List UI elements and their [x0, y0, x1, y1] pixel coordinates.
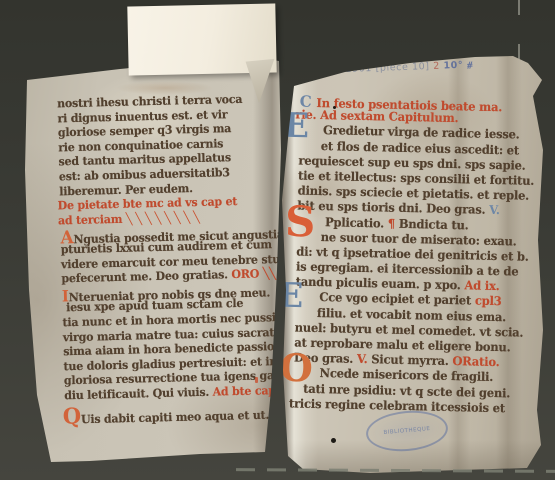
text-segment: Q	[62, 403, 81, 429]
text-segment: Bndicta tu.	[399, 216, 469, 232]
library-stamp-text: BIBLIOTHEQUE	[383, 426, 430, 436]
text-segment: cpl3	[475, 294, 502, 309]
text-segment: 2	[433, 61, 444, 72]
text-segment: Uis dabit capiti meo aqua et ut.	[81, 409, 269, 427]
red-paint-fleck	[255, 377, 258, 383]
text-segment: ORO ╲╲	[231, 267, 276, 282]
right-page-text: C In festo psentatiois beate ma.rie. Ad …	[289, 92, 546, 417]
text-segment: 10° ⧣	[443, 60, 473, 72]
text-segment: ORatio.	[452, 354, 499, 370]
mat-thread-dashes	[518, 0, 520, 64]
illuminated-initial: E	[283, 112, 310, 141]
illuminated-initial: S	[285, 204, 316, 240]
manuscript-photo: nostri ihesu christi i terra vocari dign…	[0, 0, 555, 480]
illuminated-initial: E	[277, 282, 304, 311]
text-segment: Ad bte cap	[212, 384, 275, 399]
text-segment: ad terciam	[58, 212, 126, 227]
illuminated-initial: O	[279, 352, 313, 385]
text-segment: ╲╲╲╲╲╲╲╲	[126, 210, 203, 225]
text-segment: Ad ix.	[464, 278, 499, 293]
library-stamp: BIBLIOTHEQUE	[364, 408, 449, 455]
left-page-text: nostri ihesu christi i terra vocari dign…	[55, 91, 291, 418]
text-segment: Ms1901 [pièce 10]	[331, 61, 434, 76]
text-segment: Sicut myrra.	[371, 352, 452, 368]
shelfmark-inscription: Ms1901 [pièce 10] 2 10° ⧣	[331, 60, 473, 76]
text-segment: ¶	[388, 216, 399, 231]
wormhole-dot	[331, 438, 336, 443]
ink-dot	[333, 106, 336, 109]
text-segment: V.	[489, 203, 500, 218]
text-segment: Pplicatio.	[325, 214, 388, 230]
text-segment: V.	[357, 352, 372, 367]
